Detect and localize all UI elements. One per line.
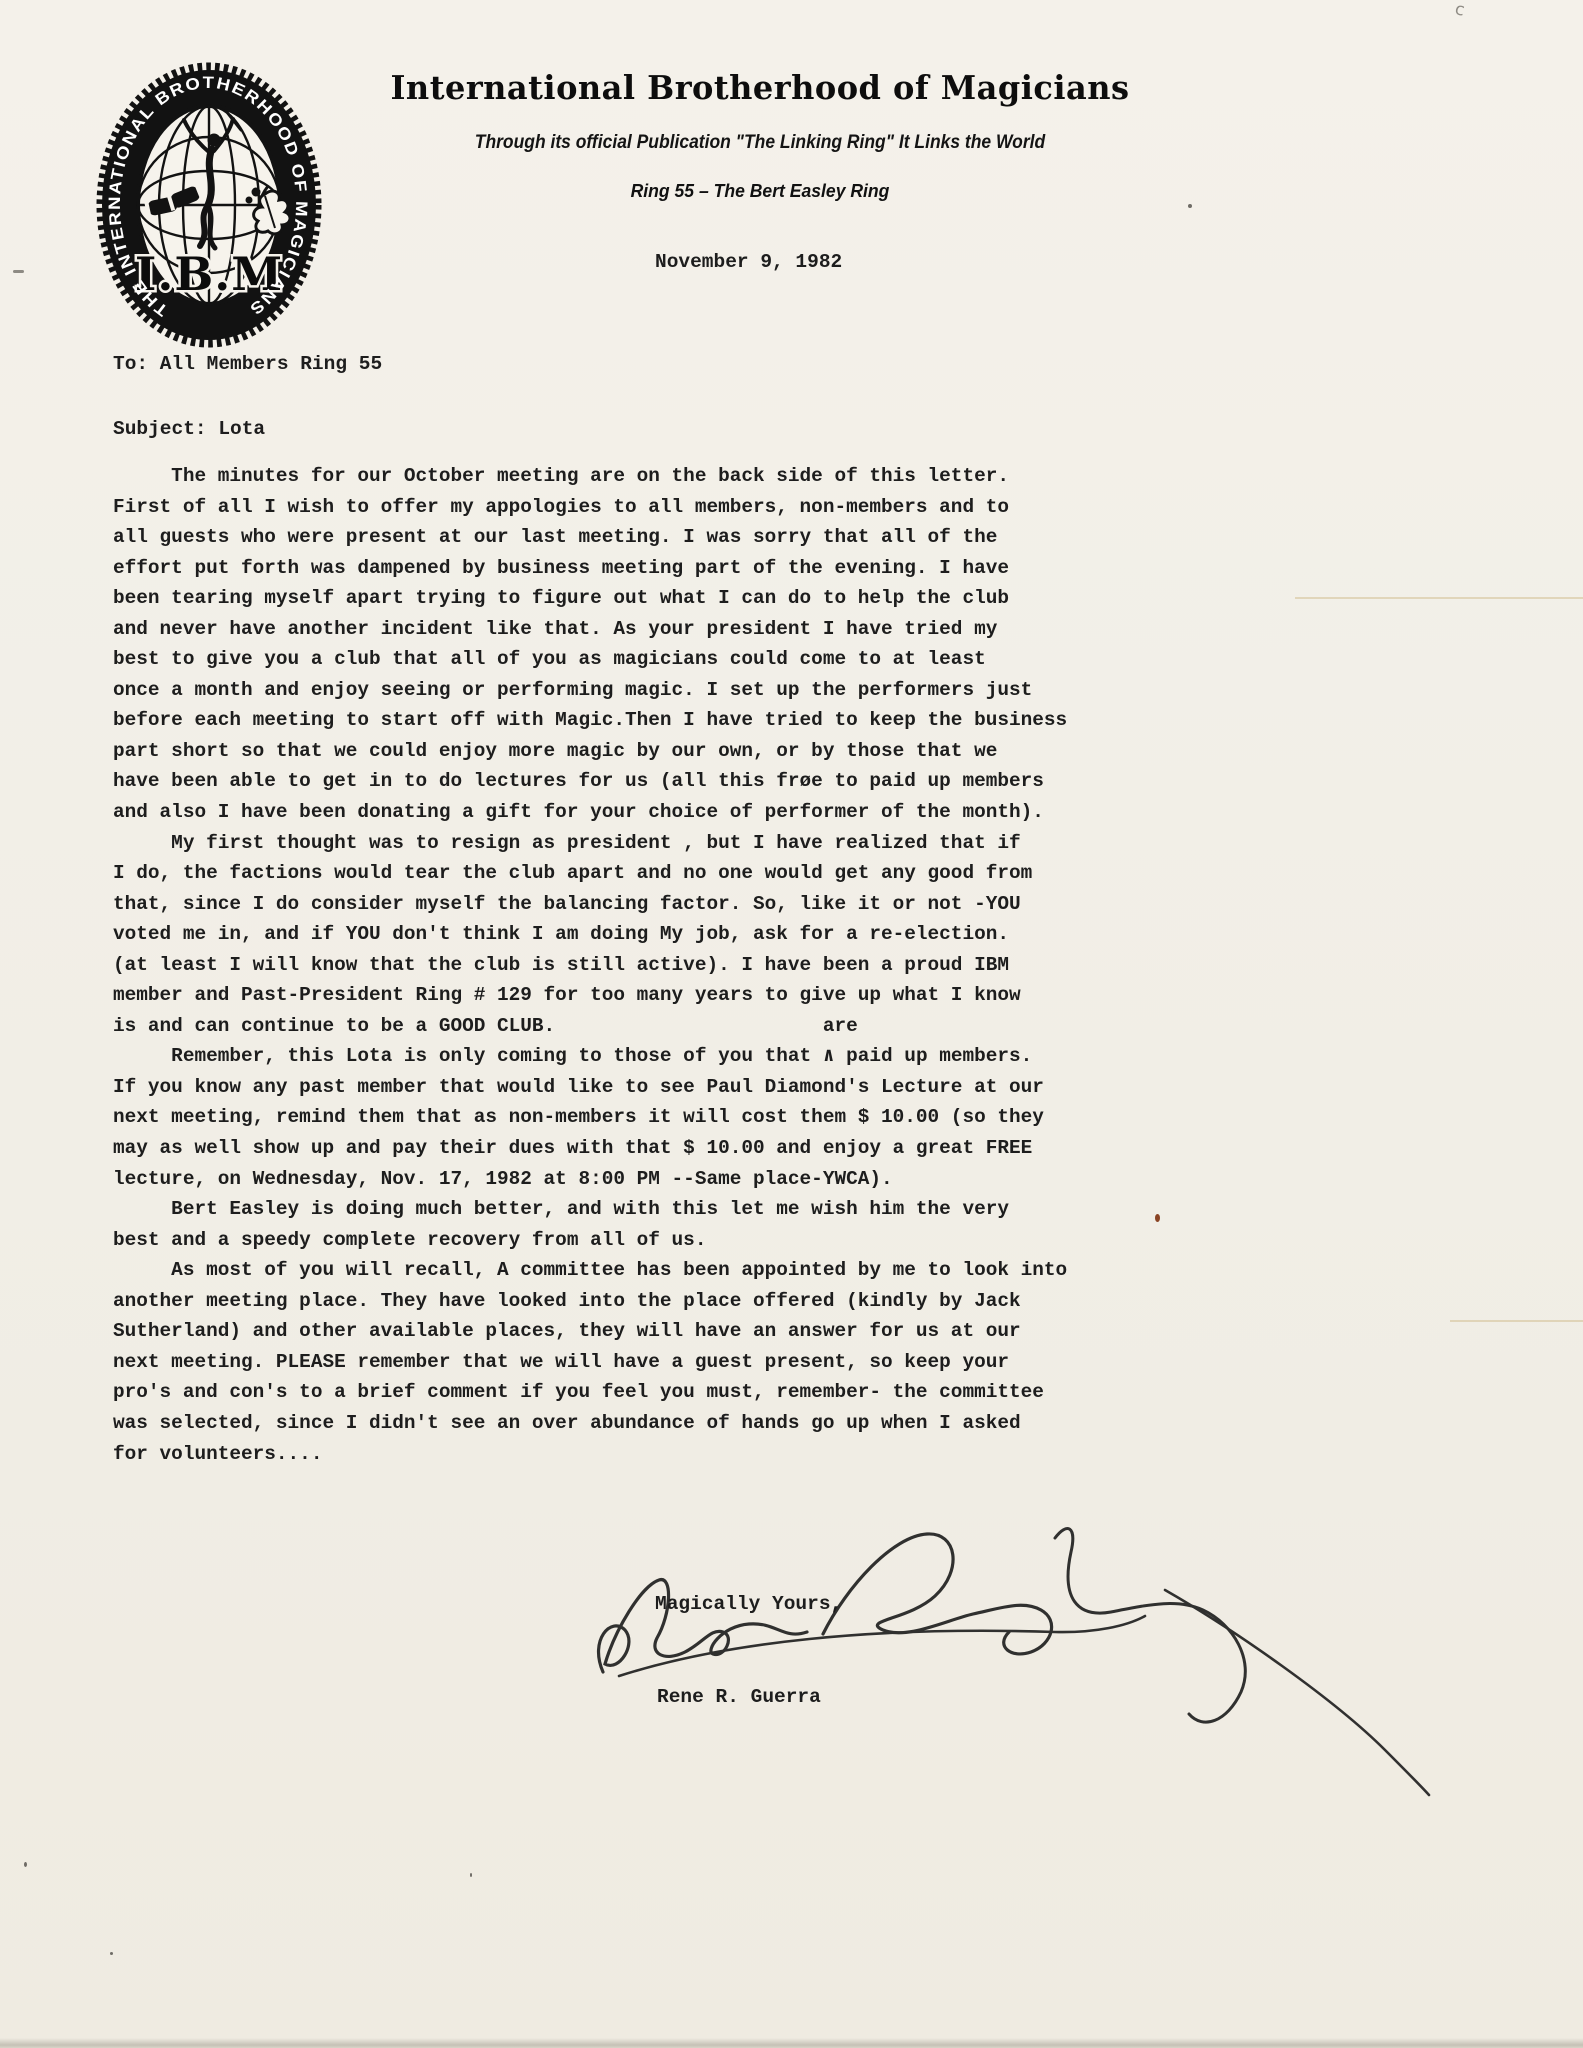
paper-speck — [110, 1952, 113, 1955]
paper-speck — [470, 1873, 472, 1877]
to-line: To: All Members Ring 55 — [113, 353, 382, 375]
scan-streak — [1295, 597, 1583, 599]
signature-scribble — [555, 1520, 1455, 1810]
scanned-letter-page: I.B.M THE INTERNATIONAL BROTHERHOOD OF M… — [0, 0, 1583, 2048]
paper-speck — [1155, 1214, 1160, 1222]
page-bottom-edge — [0, 2038, 1583, 2048]
letter-body: The minutes for our October meeting are … — [113, 461, 1067, 1469]
date-line: November 9, 1982 — [655, 251, 842, 273]
ring-subtitle: Ring 55 – The Bert Easley Ring — [390, 180, 1131, 202]
org-title: International Brotherhood of Magicians — [382, 68, 1139, 107]
paper-speck — [24, 1862, 27, 1867]
paper-speck — [1188, 204, 1192, 208]
scan-margin-dash — [13, 270, 24, 273]
scan-streak — [1450, 1320, 1583, 1322]
ibm-seal-logo: I.B.M THE INTERNATIONAL BROTHERHOOD OF M… — [93, 58, 325, 352]
scan-corner-mark: c — [1453, 0, 1466, 21]
subject-line: Subject: Lota — [113, 418, 265, 440]
org-tagline: Through its official Publication "The Li… — [401, 132, 1119, 154]
